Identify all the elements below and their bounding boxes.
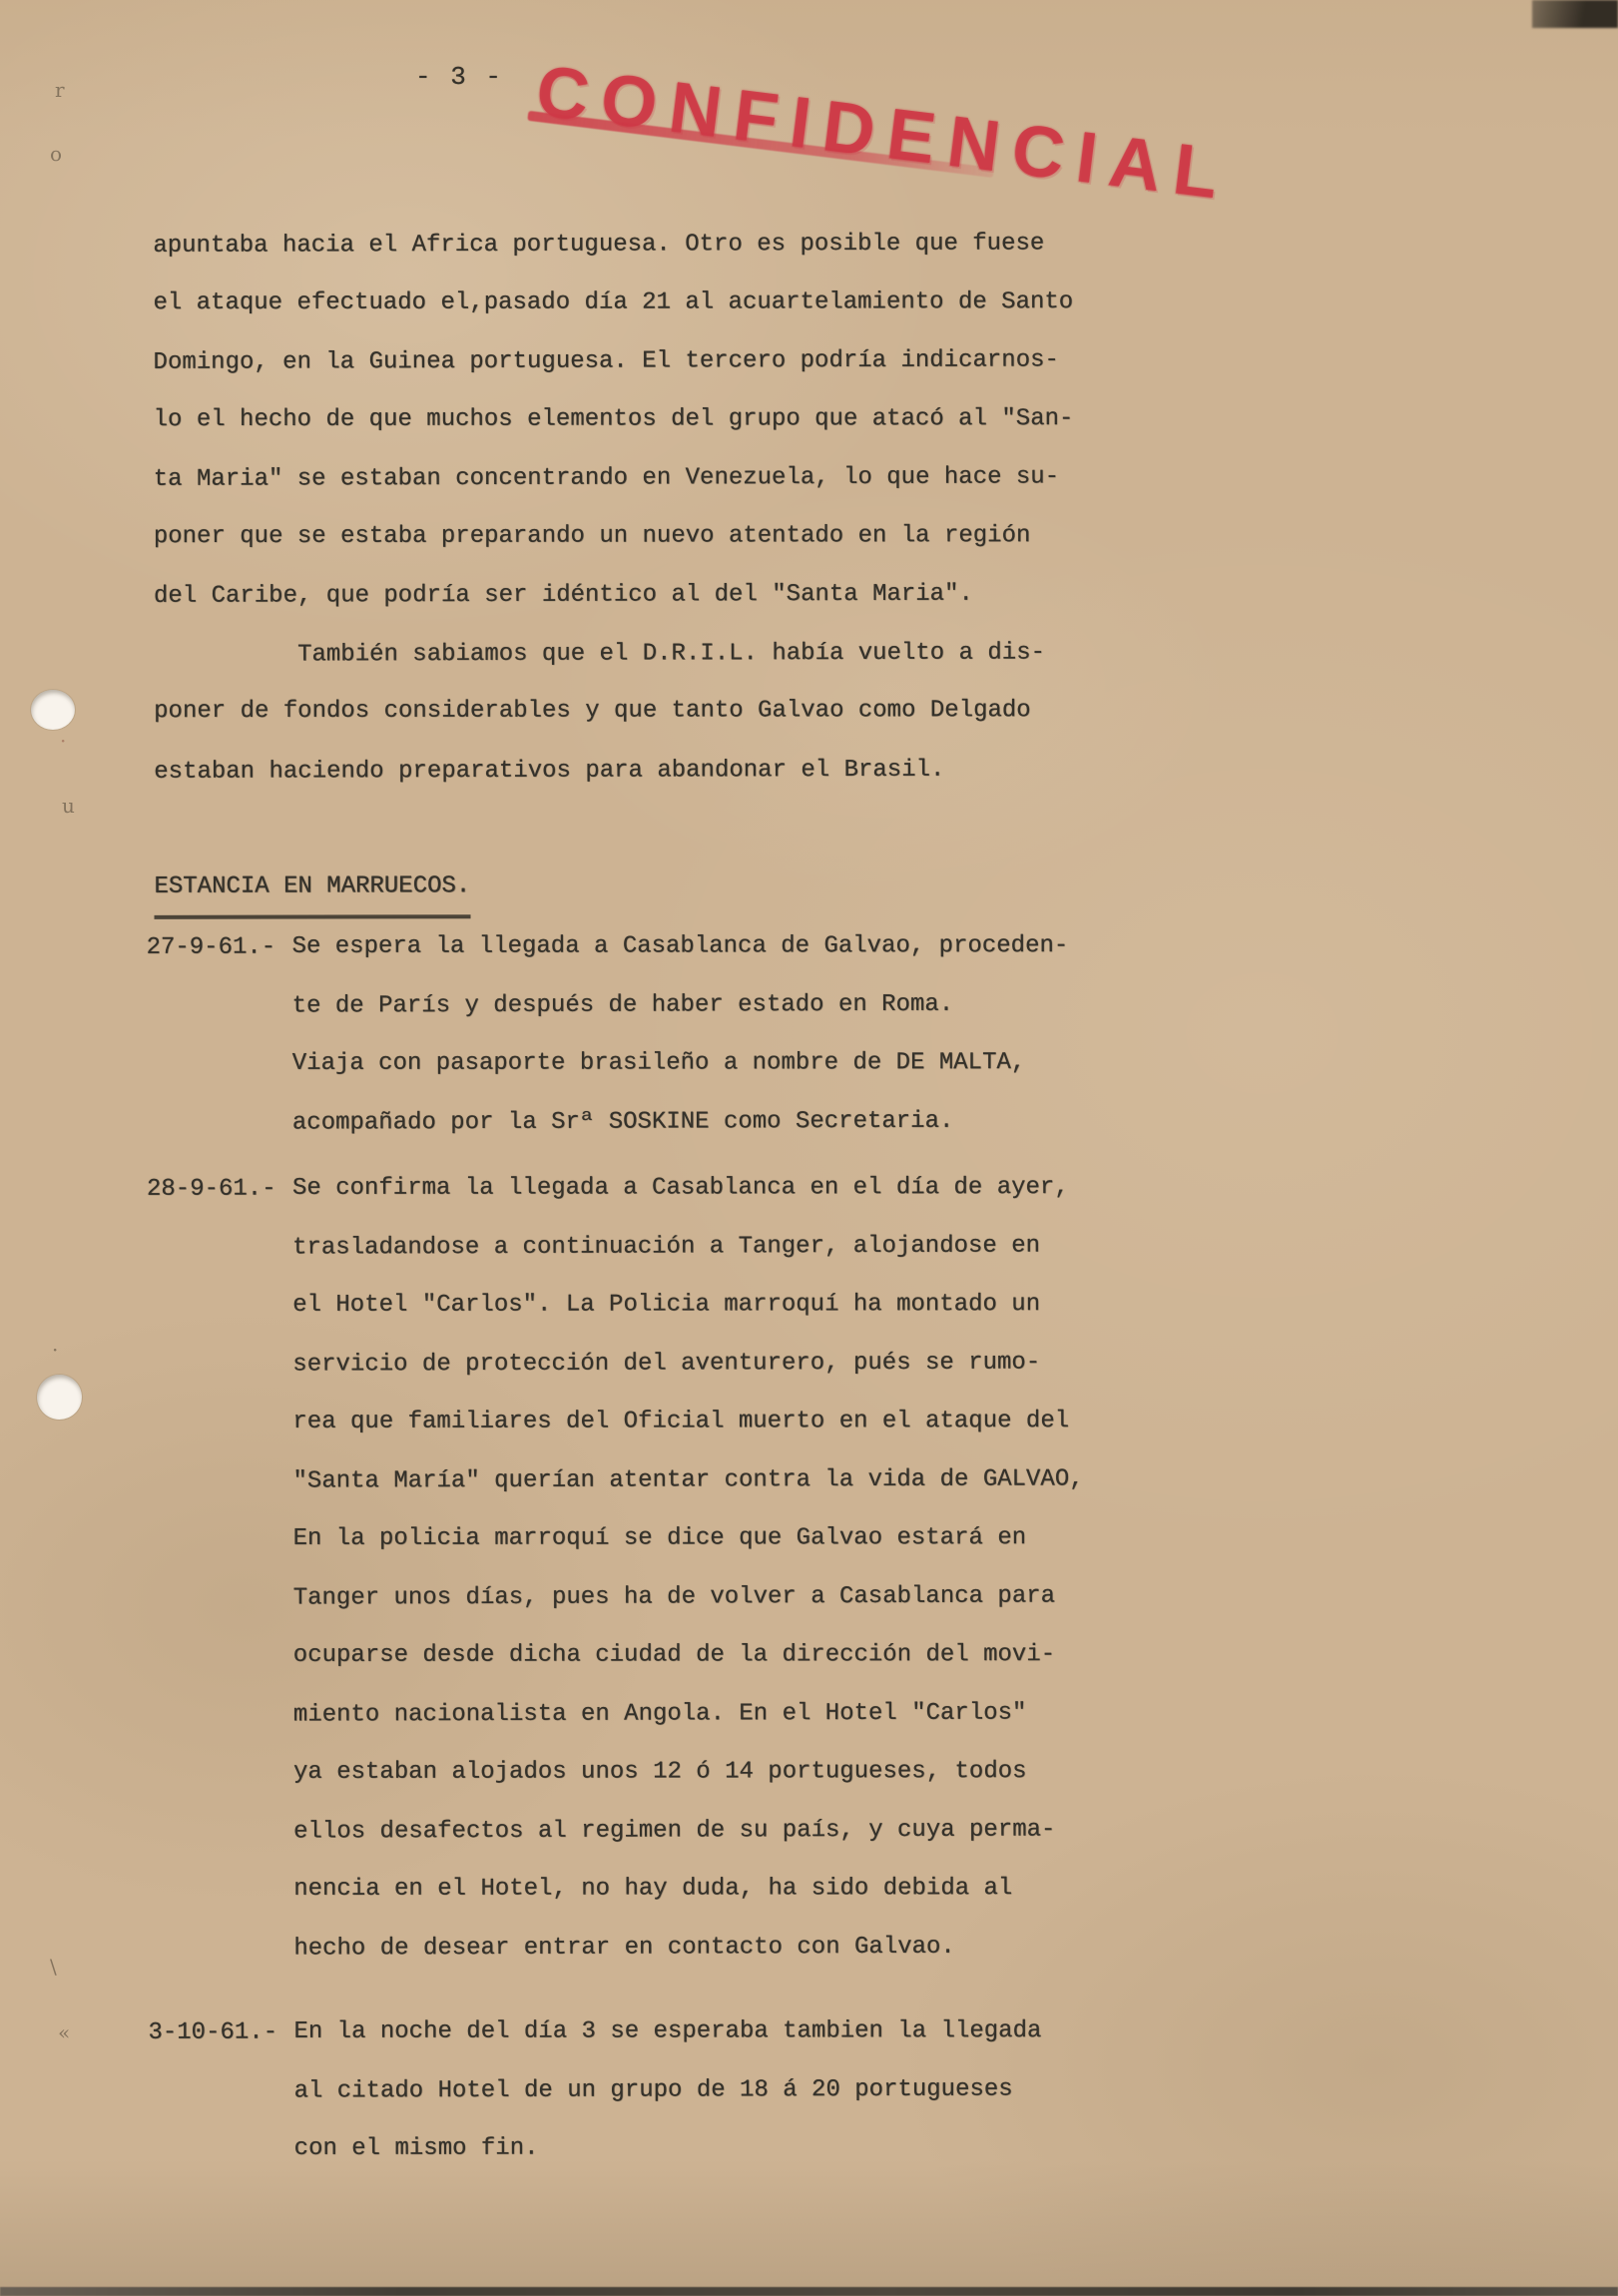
text-line: Se espera la llegada a Casablanca de Gal… <box>292 917 1093 976</box>
entry-date: 3-10-61.- <box>148 2004 277 2062</box>
document-body: apuntaba hacia el Africa portuguesa. Otr… <box>153 215 1094 2179</box>
page-number: - 3 - <box>415 62 503 92</box>
text-line: También sabiamos que el D.R.I.L. había v… <box>154 624 1092 685</box>
punch-hole <box>37 1375 82 1420</box>
punch-hole <box>31 690 75 730</box>
text-line: Tanger unos días, pues ha de volver a Ca… <box>293 1567 1094 1628</box>
text-line: del Caribe, que podría ser idéntico al d… <box>154 565 1092 626</box>
margin-mark: u <box>62 794 75 818</box>
text-line: ocuparse desde dicha ciudad de la direcc… <box>293 1626 1094 1685</box>
text-line: Viaja con pasaporte brasileño a nombre d… <box>292 1034 1093 1093</box>
margin-mark: o <box>50 142 62 166</box>
paragraph-1: apuntaba hacia el Africa portuguesa. Otr… <box>153 215 1092 625</box>
journal-entry: 27-9-61.- Se espera la llegada a Casabla… <box>155 917 1093 1153</box>
text-line: En la noche del día 3 se esperaba tambie… <box>293 2003 1094 2061</box>
paragraph-2: También sabiamos que el D.R.I.L. había v… <box>154 624 1092 801</box>
entry-date: 27-9-61.- <box>147 918 276 977</box>
text-line: ya estaban alojados unos 12 ó 14 portugu… <box>293 1743 1094 1802</box>
scanned-document-page: - 3 - CONFIDENCIAL r o · u · \ « apuntab… <box>0 0 1618 2296</box>
text-line: miento nacionalista en Angola. En el Hot… <box>293 1684 1094 1745</box>
text-line: poner de fondos considerables y que tant… <box>154 682 1092 741</box>
journal-entry: 3-10-61.- En la noche del día 3 se esper… <box>156 2003 1094 2179</box>
text-line: nencia en el Hotel, no hay duda, ha sido… <box>293 1860 1094 1919</box>
text-line: ellos desafectos al regimen de su país, … <box>293 1801 1094 1862</box>
text-line: Se confirma la llegada a Casablanca en e… <box>292 1159 1093 1218</box>
text-line: Domingo, en la Guinea portuguesa. El ter… <box>153 331 1091 392</box>
scan-corner-smudge <box>1532 0 1618 28</box>
margin-mark: · <box>60 729 66 753</box>
text-line: con el mismo fin. <box>294 2119 1095 2178</box>
scan-bottom-edge <box>0 2287 1618 2296</box>
text-line: hecho de desear entrar en contacto con G… <box>293 1918 1094 1979</box>
text-line: al citado Hotel de un grupo de 18 á 20 p… <box>293 2060 1094 2121</box>
journal-entry: 28-9-61.- Se confirma la llegada a Casab… <box>155 1159 1094 1979</box>
text-line: ta Maria" se estaban concentrando en Ven… <box>154 448 1092 509</box>
section-heading: ESTANCIA EN MARRUECOS. <box>154 860 470 919</box>
text-line: el ataque efectuado el,pasado día 21 al … <box>153 274 1091 332</box>
text-line: trasladandose a continuación a Tanger, a… <box>292 1217 1093 1278</box>
text-line: lo el hecho de que muchos elementos del … <box>154 390 1092 449</box>
text-line: el Hotel "Carlos". La Policia marroquí h… <box>292 1276 1093 1335</box>
text-line: te de París y después de haber estado en… <box>292 975 1093 1036</box>
text-line: poner que se estaba preparando un nuevo … <box>154 507 1092 566</box>
margin-mark: r <box>55 78 65 102</box>
entry-date: 28-9-61.- <box>147 1160 276 1219</box>
margin-mark: \ <box>50 1955 57 1979</box>
text-line: "Santa María" querían atentar contra la … <box>292 1450 1093 1511</box>
text-line: estaban haciendo preparativos para aband… <box>154 741 1092 802</box>
confidencial-stamp: CONFIDENCIAL <box>532 50 1236 217</box>
text-line: acompañado por la Srª SOSKINE como Secre… <box>292 1092 1093 1153</box>
margin-mark: « <box>58 2020 70 2044</box>
text-line: En la policia marroquí se dice que Galva… <box>293 1509 1094 1568</box>
margin-mark: · <box>52 1338 58 1362</box>
section-heading-row: ESTANCIA EN MARRUECOS. <box>154 859 1092 918</box>
text-line: rea que familiares del Oficial muerto en… <box>292 1393 1093 1451</box>
text-line: servicio de protección del aventurero, p… <box>292 1334 1093 1395</box>
text-line: apuntaba hacia el Africa portuguesa. Otr… <box>153 215 1091 276</box>
